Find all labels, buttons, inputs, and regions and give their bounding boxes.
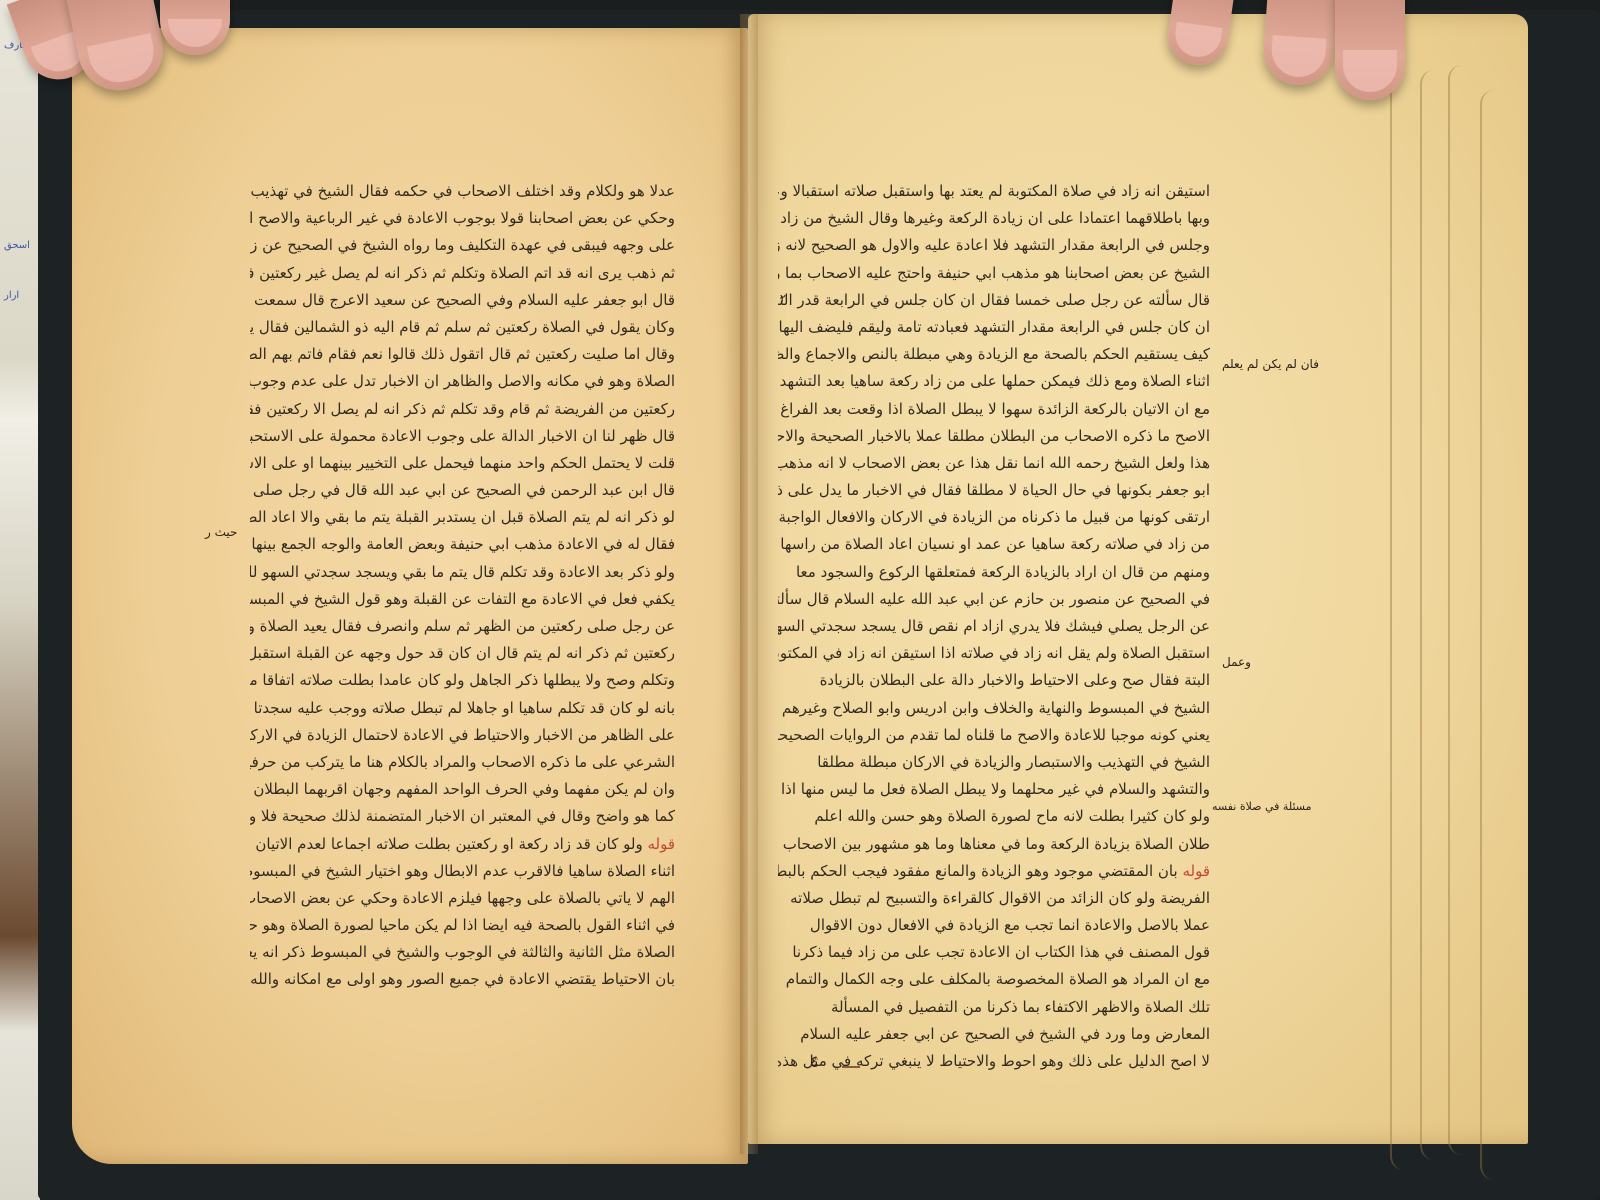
manuscript-line: تلك الصلاة والاظهر الاكتفاء بما ذكرنا من… (778, 994, 1210, 1021)
manuscript-line: وتكلم وصح ولا يبطلها ذكر الجاهل ولو كان … (250, 667, 675, 694)
manuscript-line: ابو جعفر بكونها في حال الحياة لا مطلقا ف… (778, 477, 1210, 504)
manuscript-line: ركعتين من الفريضة ثم قام وقد تكلم ثم ذكر… (250, 396, 675, 423)
manuscript-line: الاصح ما ذكره الاصحاب من البطلان مطلقا ع… (778, 423, 1210, 450)
manuscript-line: البتة فقال صح وعلى الاحتياط والاخبار دال… (778, 667, 1210, 694)
manuscript-line: فقال له في الاعادة مذهب ابي حنيفة وبعض ا… (250, 531, 675, 558)
manuscript-line: وحكي عن بعض اصحابنا قولا بوجوب الاعادة ف… (250, 205, 675, 232)
manuscript-line: في اثناء القول بالصحة فيه ايضا اذا لم يك… (250, 912, 675, 939)
manuscript-line: عن الرجل يصلي فيشك فلا يدري ازاد ام نقص … (778, 613, 1210, 640)
manuscript-line: على الظاهر من الاخبار والاحتياط في الاعا… (250, 722, 675, 749)
left-margin-note: حيث ر (205, 525, 237, 539)
manuscript-line: يكفي فعل في الاعادة مع التفات عن القبلة … (250, 586, 675, 613)
manuscript-line: وقال اما صليت ركعتين ثم قال اتقول ذلك قا… (250, 341, 675, 368)
manuscript-line: الشيخ في المبسوط والنهاية والخلاف وابن ا… (778, 695, 1210, 722)
manuscript-line: وبها باطلاقهما اعتمادا على ان زيادة الرك… (778, 205, 1210, 232)
manuscript-line: لو ذكر انه لم يتم الصلاة قبل ان يستدبر ا… (250, 504, 675, 531)
manuscript-line: على وجهه فيبقى في عهدة التكليف وما رواه … (250, 232, 675, 259)
manuscript-line: مع ان المراد هو الصلاة المخصوصة بالمكلف … (778, 966, 1210, 993)
manuscript-line: قال سألته عن رجل صلى خمسا فقال ان كان جل… (778, 287, 1210, 314)
folio-dash (842, 1066, 860, 1068)
manuscript-line: كيف يستقيم الحكم بالصحة مع الزيادة وهي م… (778, 341, 1210, 368)
manuscript-line: هذا ولعل الشيخ رحمه الله انما نقل هذا عن… (778, 450, 1210, 477)
book-gutter (740, 14, 758, 1154)
manuscript-line: قال ابن عبد الرحمن في الصحيح عن ابي عبد … (250, 477, 675, 504)
manuscript-line: اثناء الصلاة ومع ذلك فيمكن حملها على من … (778, 368, 1210, 395)
rubric-word: قوله (1178, 862, 1210, 880)
manuscript-line: والتشهد والسلام في غير محلهما ولا يبطل ا… (778, 776, 1210, 803)
manuscript-line: وكان يقول في الصلاة ركعتين ثم سلم ثم قام… (250, 314, 675, 341)
manuscript-line: الصلاة مثل الثانية والثالثة في الوجوب وا… (250, 939, 675, 966)
manuscript-line: من زاد في صلاته ركعة ساهيا عن عمد او نسي… (778, 531, 1210, 558)
right-page-text-block: استيقن انه زاد في صلاة المكتوبة لم يعتد … (778, 178, 1210, 1075)
manuscript-line: وان لم يكن مفهما وفي الحرف الواحد المفهم… (250, 776, 675, 803)
manuscript-line: عملا بالاصل والاعادة انما تجب مع الزيادة… (778, 912, 1210, 939)
manuscript-line: اثناء الصلاة ساهيا فالاقرب عدم الابطال و… (250, 858, 675, 885)
manuscript-line: عدلا هو ولكلام وقد اختلف الاصحاب في حكمه… (250, 178, 675, 205)
manuscript-line: يعني كونه موجبا للاعادة والاصح ما قلناه … (778, 722, 1210, 749)
small-margin-mark: ٢ (780, 292, 786, 305)
page-edge (1390, 80, 1422, 1170)
manuscript-line: ولو كان كثيرا بطلت لانه ماح لصورة الصلاة… (778, 803, 1210, 830)
manuscript-line: عن رجل صلى ركعتين من الظهر ثم سلم وانصرف… (250, 613, 675, 640)
handwritten-note: ارار (4, 290, 19, 301)
manuscript-line: بانه لو كان قد تكلم ساهيا او جاهلا لم تب… (250, 695, 675, 722)
manuscript-line: قول المصنف في هذا الكتاب ان الاعادة تجب … (778, 939, 1210, 966)
manuscript-line: ارتقى كونها من قبيل ما ذكرناه من الزيادة… (778, 504, 1210, 531)
right-margin-note-lower: مسئلة في صلاة نفسه (1212, 800, 1311, 813)
manuscript-line: الشيخ عن بعض اصحابنا هو مذهب ابي حنيفة و… (778, 260, 1210, 287)
manuscript-line: ثم ذهب يرى انه قد اتم الصلاة وتكلم ثم ذك… (250, 260, 675, 287)
page-edge (1480, 90, 1522, 1180)
manuscript-line: المعارض وما ورد في الشيخ في الصحيح عن اب… (778, 1021, 1210, 1048)
manuscript-line: استيقن انه زاد في صلاة المكتوبة لم يعتد … (778, 178, 1210, 205)
manuscript-line: مع ان الاتيان بالركعة الزائدة سهوا لا يب… (778, 396, 1210, 423)
manuscript-line: استقبل الصلاة ولم يقل انه زاد في صلاته ا… (778, 640, 1210, 667)
manuscript-line: الفريضة ولو كان الزائد من الاقوال كالقرا… (778, 885, 1210, 912)
manuscript-line: ومنهم من قال ان اراد بالزيادة الركعة فمت… (778, 559, 1210, 586)
manuscript-line: الشرعي على ما ذكره الاصحاب والمراد بالكل… (250, 749, 675, 776)
manuscript-line: ان كان جلس في الرابعة مقدار التشهد فعباد… (778, 314, 1210, 341)
right-margin-note-upper: فان لم يكن لم يعلم (1222, 357, 1319, 371)
left-page-text-block: عدلا هو ولكلام وقد اختلف الاصحاب في حكمه… (250, 178, 675, 994)
folio-number: ٤ (810, 1052, 819, 1071)
page-edge (1448, 65, 1480, 1155)
finger (1335, 0, 1405, 100)
manuscript-line: الصلاة وهو في مكانه والاصل والظاهر ان ال… (250, 368, 675, 395)
manuscript-line: قال ابو جعفر عليه السلام وفي الصحيح عن س… (250, 287, 675, 314)
manuscript-line: ولو ذكر بعد الاعادة وقد تكلم قال يتم ما … (250, 559, 675, 586)
manuscript-line: ركعتين ثم ذكر انه لم يتم قال ان كان قد ح… (250, 640, 675, 667)
manuscript-line: بان الاحتياط يقتضي الاعادة في جميع الصور… (250, 966, 675, 993)
manuscript-line: كما هو واضح وقال في المعتبر ان الاخبار ا… (250, 803, 675, 830)
manuscript-line: قال ظهر لنا ان الاخبار الدالة على وجوب ا… (250, 423, 675, 450)
manuscript-line: في الصحيح عن منصور بن حازم عن ابي عبد ال… (778, 586, 1210, 613)
handwritten-note: اسحق (4, 240, 30, 251)
manuscript-line: قوله ولو كان قد زاد ركعة او ركعتين بطلت … (250, 831, 675, 858)
desk-background-left: سيد عارف اسحق ارار (0, 0, 40, 1200)
rubric-word: قوله (643, 835, 675, 853)
manuscript-line: طلان الصلاة بزيادة الركعة وما في معناها … (778, 831, 1210, 858)
manuscript-line: قوله بان المقتضي موجود وهو الزيادة والما… (778, 858, 1210, 885)
manuscript-line: قلت لا يحتمل الحكم واحد منهما فيحمل على … (250, 450, 675, 477)
right-margin-note-middle: وعمل (1222, 655, 1251, 669)
manuscript-line: الشيخ في التهذيب والاستبصار والزيادة في … (778, 749, 1210, 776)
manuscript-line: الهم لا ياتي بالصلاة على وجهها فيلزم الا… (250, 885, 675, 912)
manuscript-line: لا اصح الدليل على ذلك وهو احوط والاحتياط… (778, 1048, 1210, 1075)
manuscript-line: وجلس في الرابعة مقدار التشهد فلا اعادة ع… (778, 232, 1210, 259)
